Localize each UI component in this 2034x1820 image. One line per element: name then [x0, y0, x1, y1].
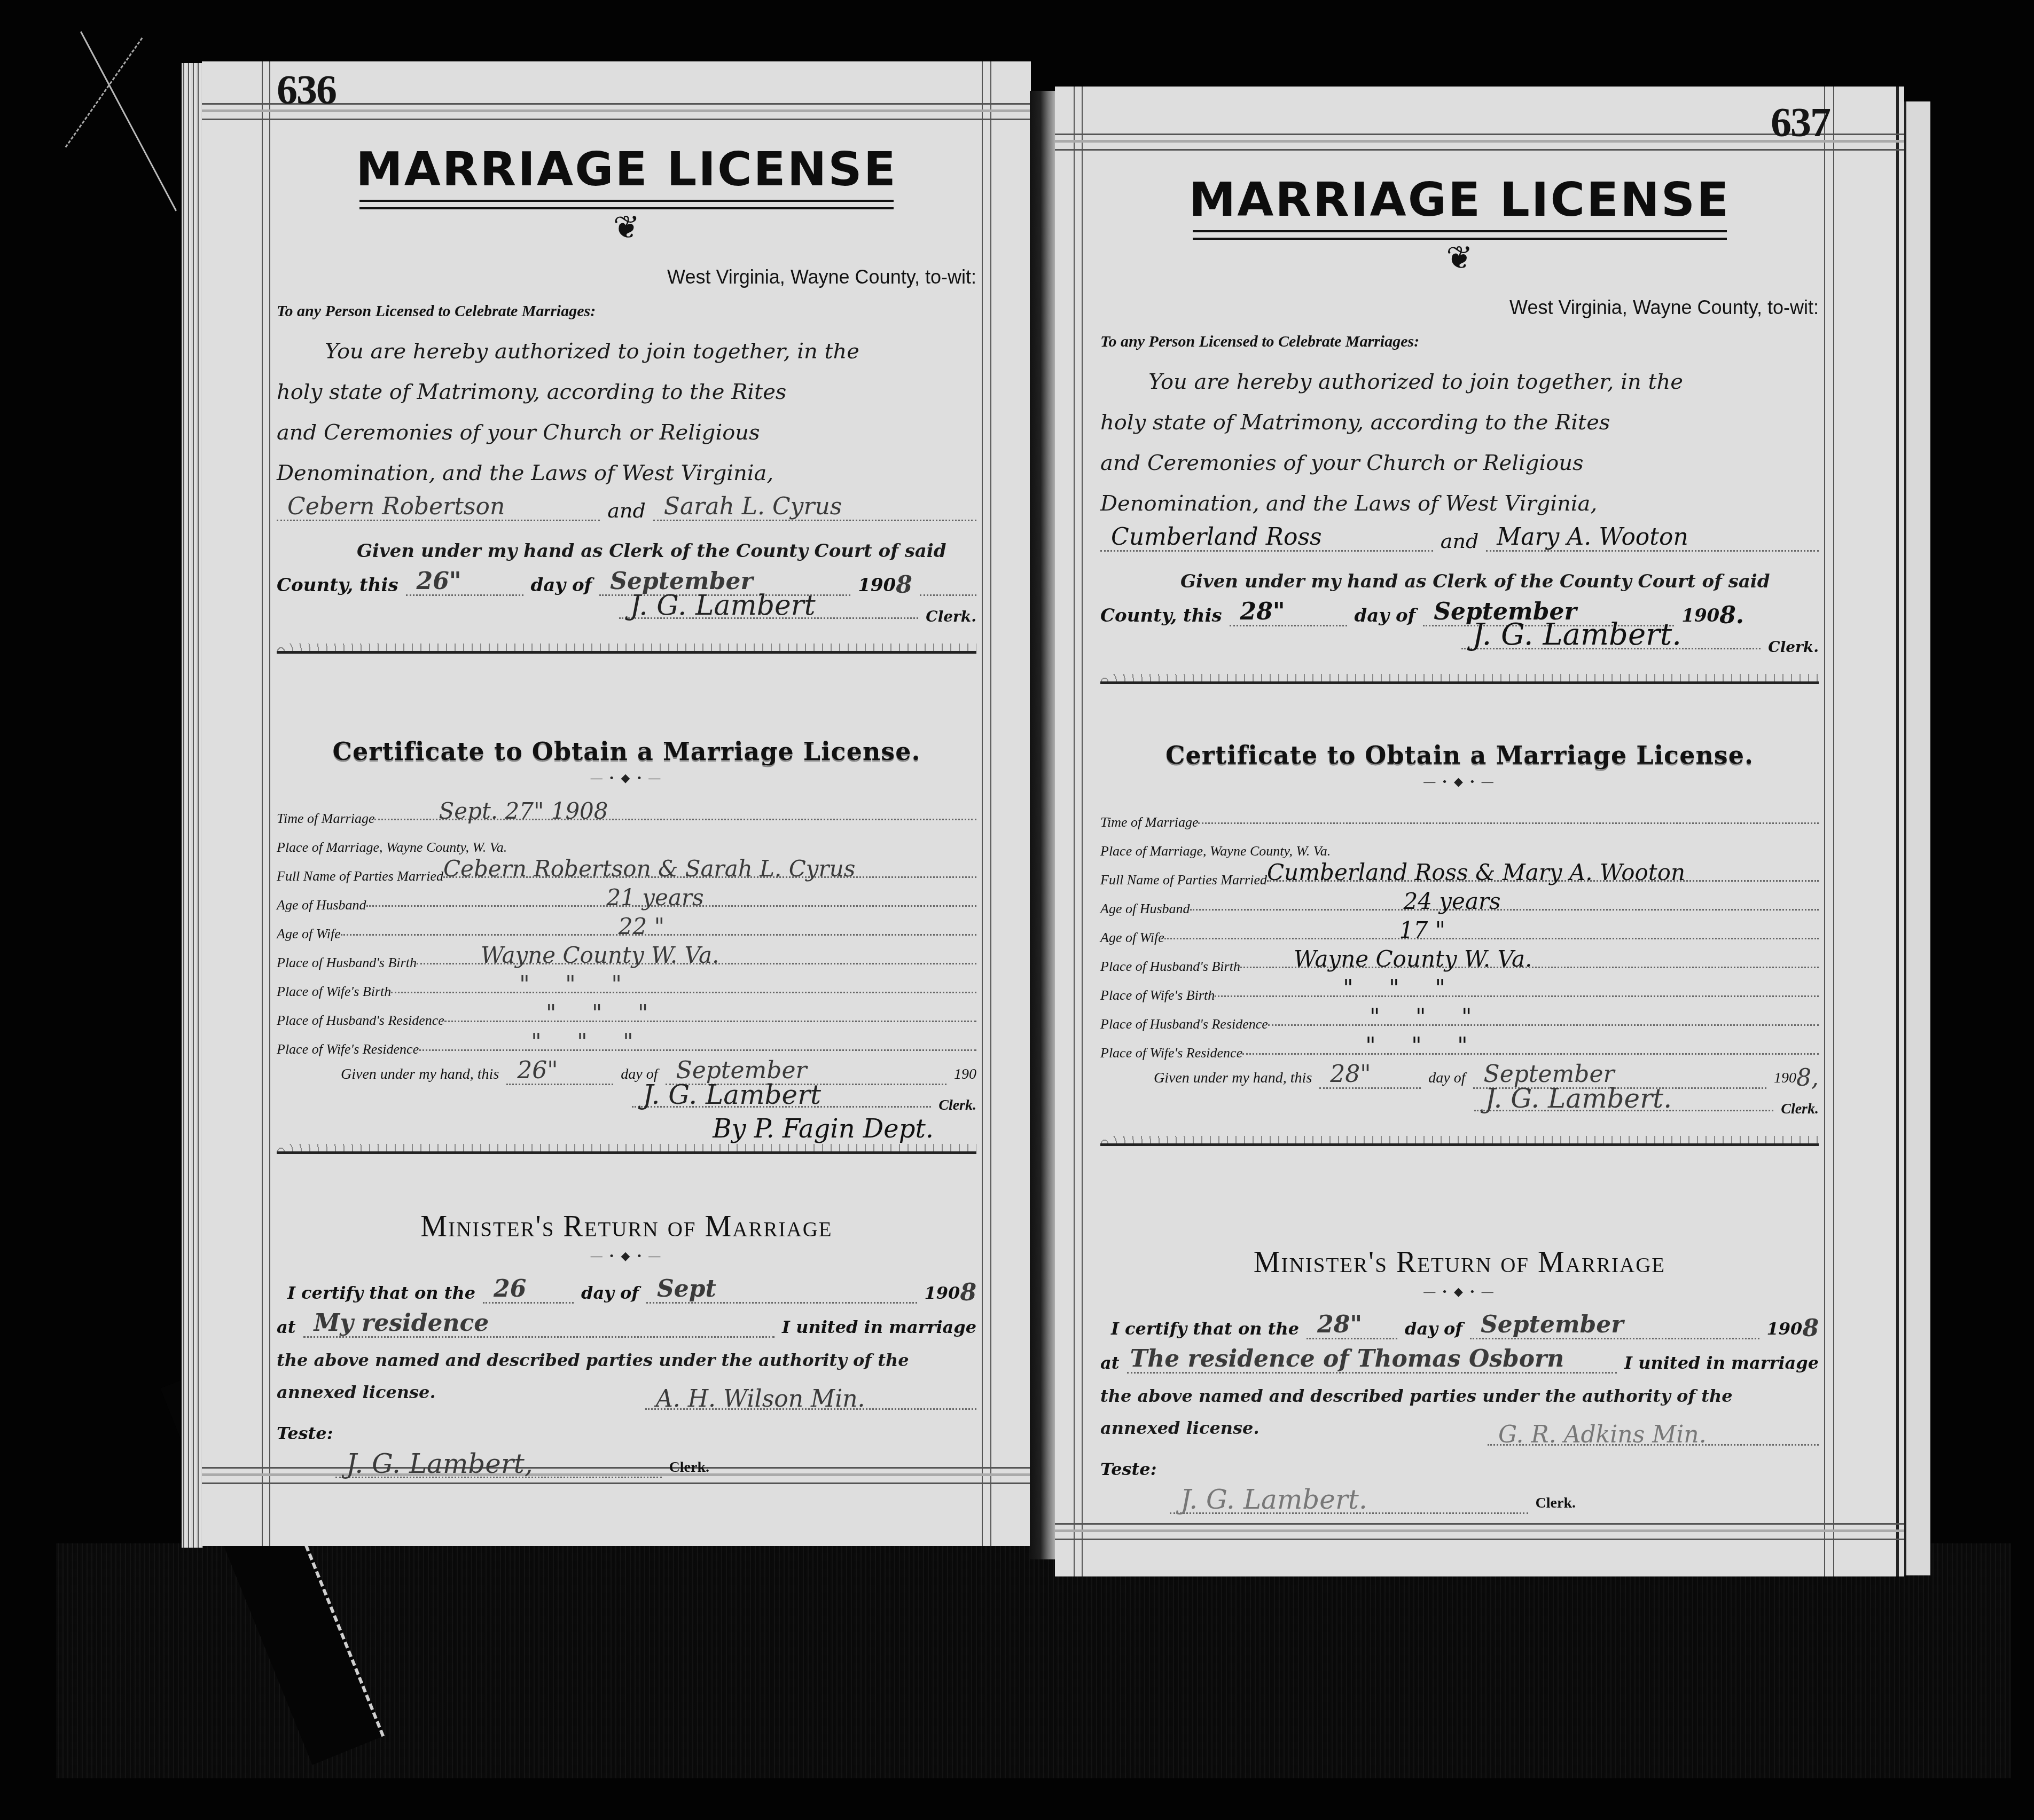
minister-return-section: Minister's Return of Marriage — • ◆ • — … — [277, 1210, 976, 1485]
certificate-title: Certificate to Obtain a Marriage License… — [1100, 741, 1819, 770]
certify-label: I certify that on the — [1111, 1312, 1299, 1346]
and-label: and — [1441, 524, 1478, 558]
field-value: Wayne County W. Va. — [1294, 946, 1532, 972]
clerk-signature: J. G. Lambert — [630, 590, 815, 622]
certificate-section: Certificate to Obtain a Marriage License… — [277, 737, 976, 1170]
field-value: " " " — [1343, 975, 1445, 1001]
bride-field: Mary A. Wooton — [1486, 550, 1819, 552]
field-line — [1198, 822, 1819, 824]
day-value: 26" — [517, 1054, 558, 1088]
title-underline — [359, 200, 894, 209]
clerk-label: Clerk. — [1536, 1486, 1576, 1520]
field-value: Cebern Robertson & Sarah L. Cyrus — [443, 856, 855, 882]
clerk-label: Clerk. — [1768, 638, 1819, 656]
certificate-date-line: Given under my hand, this 28" day of Sep… — [1100, 1061, 1819, 1095]
section-divider — [277, 644, 976, 654]
day-field: 28" — [1230, 625, 1347, 626]
field-line: " " " — [419, 1049, 976, 1051]
day-value: 26" — [417, 564, 461, 599]
clerk-signature-field: J. G. Lambert. — [1474, 1110, 1773, 1111]
field-value: " " " — [531, 1029, 633, 1055]
body-line: You are hereby authorized to join togeth… — [1100, 362, 1819, 402]
field-value: Sept. 27" 1908 — [439, 798, 608, 824]
field-line: 21 years — [366, 905, 976, 907]
month-value: September — [1481, 1308, 1623, 1342]
margin-rule — [982, 61, 983, 1546]
clerk-signature: J. G. Lambert. — [1472, 617, 1681, 652]
minister-signature: A. H. Wilson Min. — [656, 1385, 865, 1413]
addressee-line: To any Person Licensed to Celebrate Marr… — [277, 302, 976, 320]
year-prefix: 190 — [858, 568, 896, 602]
day-of-label: day of — [1355, 599, 1416, 633]
field-label: Age of Wife — [1100, 930, 1164, 946]
minister-signature: G. R. Adkins Min. — [1498, 1421, 1707, 1448]
return-place-line: at The residence of Thomas Osborn I unit… — [1100, 1346, 1819, 1380]
body-line: annexed license. — [1100, 1412, 1819, 1444]
clerk-signature-row: J. G. Lambert Clerk. — [277, 608, 976, 625]
teste-label: Teste: — [1100, 1452, 1156, 1486]
month-field: Sept — [646, 1302, 917, 1304]
clerk-label: Clerk. — [938, 1097, 976, 1114]
body-line: holy state of Matrimony, according to th… — [277, 372, 976, 412]
parties-line: Cumberland Ross and Mary A. Wooton — [1100, 524, 1819, 558]
field-line: " " " — [1268, 1024, 1819, 1026]
year-prefix: 190 — [1774, 1061, 1796, 1095]
given-line: Given under my hand as Clerk of the Coun… — [277, 534, 976, 568]
margin-rule — [262, 61, 263, 1546]
clerk-signature-row: J. G. Lambert. Clerk. — [1100, 1101, 1819, 1118]
day-value: 26 — [494, 1272, 526, 1306]
page-number: 636 — [277, 66, 336, 114]
divider-ornament-icon: — • ◆ • — — [277, 1249, 976, 1263]
license-title: MARRIAGE LICENSE — [1100, 172, 1819, 227]
return-place-line: at My residence I united in marriage — [277, 1310, 976, 1344]
section-divider — [1100, 674, 1819, 684]
field-label: Place of Wife's Residence — [277, 1041, 419, 1057]
field-label: Age of Husband — [277, 897, 366, 913]
margin-rule — [1833, 87, 1834, 1576]
return-body: the above named and described parties un… — [1100, 1380, 1819, 1444]
field-line: Cumberland Ross & Mary A. Wooton — [1267, 880, 1819, 882]
place-field: The residence of Thomas Osborn — [1127, 1372, 1617, 1374]
groom-name: Cebern Robertson — [287, 490, 505, 524]
day-field: 26" — [406, 594, 523, 596]
deputy-signature-row: By P. Fagin Dept. — [277, 1114, 976, 1144]
day-field: 26" — [506, 1084, 613, 1085]
field-value: " " " — [1365, 1032, 1467, 1058]
field-value: " " " — [1370, 1003, 1472, 1030]
field-label: Place of Wife's Birth — [1100, 987, 1215, 1003]
minister-return-title: Minister's Return of Marriage — [277, 1210, 976, 1244]
clerk-signature-row: J. G. Lambert Clerk. — [277, 1097, 976, 1114]
deputy-signature: By P. Fagin Dept. — [713, 1114, 934, 1144]
page-number: 637 — [1771, 98, 1830, 146]
state-county-line: West Virginia, Wayne County, to-wit: — [277, 266, 976, 288]
field-husband-residence: Place of Husband's Residence" " " — [1100, 1003, 1819, 1032]
at-label: at — [277, 1310, 296, 1344]
body-line: Denomination, and the Laws of West Virgi… — [1100, 483, 1819, 524]
teste-signature-field: J. G. Lambert. — [1170, 1512, 1528, 1514]
margin-rule — [1074, 87, 1075, 1576]
body-line: You are hereby authorized to join togeth… — [277, 331, 976, 372]
day-field: 28" — [1307, 1338, 1397, 1339]
year-suffix: 8. — [1719, 599, 1744, 633]
bride-field: Sarah L. Cyrus — [653, 520, 976, 521]
teste-signature-row: J. G. Lambert, Clerk. — [277, 1450, 709, 1485]
field-label: Place of Wife's Residence — [1100, 1045, 1242, 1061]
groom-name: Cumberland Ross — [1111, 520, 1322, 554]
field-age-wife: Age of Wife17 " — [1100, 917, 1819, 946]
body-line: and Ceremonies of your Church or Religio… — [1100, 443, 1819, 483]
field-husband-birthplace: Place of Husband's BirthWayne County W. … — [277, 942, 976, 971]
minister-return-title: Minister's Return of Marriage — [1100, 1245, 1819, 1280]
field-label: Place of Marriage, Wayne County, W. Va. — [277, 840, 507, 856]
groom-field: Cebern Robertson — [277, 520, 600, 521]
united-label: I united in marriage — [1624, 1346, 1819, 1380]
license-date-line: County, this 26" day of September 1908 — [277, 568, 976, 602]
license-body: You are hereby authorized to join togeth… — [277, 331, 976, 493]
license-title: MARRIAGE LICENSE — [277, 142, 976, 197]
day-of-label: day of — [581, 1276, 639, 1310]
field-label: Time of Marriage — [277, 811, 374, 827]
field-label: Full Name of Parties Married — [277, 868, 443, 884]
field-time-of-marriage: Time of MarriageSept. 27" 1908 — [277, 798, 976, 827]
day-field: 26 — [483, 1302, 574, 1304]
margin-rule — [990, 61, 991, 1546]
field-label: Place of Husband's Birth — [277, 955, 417, 971]
teste-label: Teste: — [277, 1416, 333, 1450]
minister-return-section: Minister's Return of Marriage — • ◆ • — … — [1100, 1245, 1819, 1520]
book-gutter — [1030, 91, 1057, 1559]
footer-rule — [1055, 1523, 1904, 1540]
given-label: Given under my hand, this — [341, 1057, 499, 1092]
field-wife-birthplace: Place of Wife's Birth" " " — [277, 971, 976, 1000]
place-field: My residence — [303, 1336, 775, 1338]
title-underline — [1193, 230, 1727, 240]
county-this-label: County, this — [1100, 599, 1222, 633]
field-wife-residence: Place of Wife's Residence" " " — [277, 1029, 976, 1057]
year-prefix: 190 — [954, 1057, 976, 1092]
field-line: Wayne County W. Va. — [1240, 967, 1819, 968]
clerk-label: Clerk. — [669, 1450, 709, 1485]
field-label: Place of Husband's Residence — [1100, 1016, 1268, 1032]
field-full-names: Full Name of Parties MarriedCebern Rober… — [277, 856, 976, 884]
margin-rule — [269, 61, 270, 1546]
field-line — [507, 848, 976, 849]
teste-clerk-signature: J. G. Lambert, — [346, 1447, 533, 1481]
field-line: 22 " — [341, 934, 976, 936]
field-time-of-marriage: Time of Marriage — [1100, 802, 1819, 830]
year-prefix: 190 — [1681, 599, 1719, 633]
day-of-label: day of — [1405, 1312, 1462, 1346]
year-prefix: 190 — [1767, 1312, 1803, 1346]
certify-label: I certify that on the — [287, 1276, 475, 1310]
teste-signature-field: J. G. Lambert, — [335, 1477, 662, 1478]
clerk-signature: J. G. Lambert. — [1485, 1083, 1672, 1114]
day-of-label: day of — [1428, 1061, 1465, 1095]
spacer — [1751, 625, 1819, 626]
field-label: Age of Husband — [1100, 901, 1190, 917]
parties-line: Cebern Robertson and Sarah L. Cyrus — [277, 493, 976, 528]
minister-signature-field: G. R. Adkins Min. — [1488, 1444, 1819, 1446]
field-full-names: Full Name of Parties MarriedCumberland R… — [1100, 859, 1819, 888]
body-line: and Ceremonies of your Church or Religio… — [277, 412, 976, 453]
field-label: Place of Husband's Residence — [277, 1013, 444, 1029]
body-line: annexed license. — [277, 1376, 976, 1408]
field-wife-residence: Place of Wife's Residence" " " — [1100, 1032, 1819, 1061]
county-this-label: County, this — [277, 568, 398, 602]
clerk-signature-field: J. G. Lambert. — [1461, 648, 1761, 649]
field-age-husband: Age of Husband24 years — [1100, 888, 1819, 917]
page-stack-edge-right — [1904, 101, 1930, 1575]
field-age-wife: Age of Wife22 " — [277, 913, 976, 942]
page-stack-edge-left — [182, 63, 203, 1548]
field-line — [1331, 851, 1819, 853]
year-suffix: 8, — [1796, 1061, 1819, 1095]
field-age-husband: Age of Husband21 years — [277, 884, 976, 913]
divider-ornament-icon: — • ◆ • — — [1100, 1285, 1819, 1299]
field-line: 17 " — [1164, 938, 1819, 939]
teste-signature-row: J. G. Lambert. Clerk. — [1100, 1486, 1576, 1520]
field-value: 17 " — [1399, 917, 1445, 943]
section-divider — [277, 1144, 976, 1154]
field-value: 24 years — [1404, 888, 1501, 914]
divider-ornament-icon: — • ◆ • — — [1100, 775, 1819, 789]
teste-clerk-signature: J. G. Lambert. — [1180, 1482, 1367, 1517]
clerk-signature-row: J. G. Lambert. Clerk. — [1100, 638, 1819, 656]
body-line: holy state of Matrimony, according to th… — [1100, 402, 1819, 443]
given-label: Given under my hand, this — [1154, 1061, 1312, 1095]
year-suffix: 8 — [1802, 1312, 1819, 1346]
license-date-line: County, this 28" day of September 1908. — [1100, 599, 1819, 633]
page-edge-rule — [1896, 87, 1899, 1576]
minister-signature-row: G. R. Adkins Min. — [1100, 1444, 1819, 1452]
teste-line: Teste: — [277, 1416, 976, 1450]
clerk-signature-field: J. G. Lambert — [619, 617, 918, 619]
field-place-of-marriage: Place of Marriage, Wayne County, W. Va. — [277, 827, 976, 856]
field-line: " " " — [391, 992, 976, 993]
and-label: and — [607, 493, 645, 528]
day-value: 28" — [1330, 1057, 1371, 1092]
clerk-label: Clerk. — [1781, 1101, 1819, 1118]
at-label: at — [1100, 1346, 1120, 1380]
day-value: 28" — [1317, 1308, 1362, 1342]
year-suffix: 8 — [896, 568, 912, 602]
field-label: Place of Marriage, Wayne County, W. Va. — [1100, 843, 1331, 859]
bride-name: Mary A. Wooton — [1497, 520, 1688, 554]
field-label: Place of Husband's Birth — [1100, 959, 1240, 975]
page-636: 636 MARRIAGE LICENSE ❦ West Virginia, Wa… — [202, 61, 1031, 1546]
body-line: Denomination, and the Laws of West Virgi… — [277, 453, 976, 493]
field-value: " " " — [546, 1000, 648, 1026]
field-line: Cebern Robertson & Sarah L. Cyrus — [443, 876, 976, 878]
field-label: Place of Wife's Birth — [277, 984, 391, 1000]
field-line: 24 years — [1190, 909, 1819, 911]
bride-name: Sarah L. Cyrus — [664, 490, 842, 524]
addressee-line: To any Person Licensed to Celebrate Marr… — [1100, 333, 1819, 351]
field-line: " " " — [1215, 995, 1819, 997]
year-prefix: 190 — [925, 1276, 960, 1310]
fleuron-ornament-icon: ❦ — [1100, 242, 1819, 274]
certificate-title: Certificate to Obtain a Marriage License… — [277, 737, 976, 766]
field-label: Full Name of Parties Married — [1100, 872, 1267, 888]
minister-signature-field: A. H. Wilson Min. — [645, 1408, 976, 1410]
clerk-label: Clerk. — [926, 608, 976, 625]
field-line: " " " — [444, 1021, 976, 1022]
section-divider — [1100, 1136, 1819, 1146]
minister-signature-row: A. H. Wilson Min. — [277, 1408, 976, 1416]
field-husband-residence: Place of Husband's Residence" " " — [277, 1000, 976, 1029]
field-line: Sept. 27" 1908 — [374, 819, 976, 820]
field-value: " " " — [519, 971, 621, 997]
certificate-section: Certificate to Obtain a Marriage License… — [1100, 741, 1819, 1162]
place-value: My residence — [314, 1306, 489, 1340]
field-wife-birthplace: Place of Wife's Birth" " " — [1100, 975, 1819, 1003]
place-value: The residence of Thomas Osborn — [1130, 1342, 1564, 1376]
return-body: the above named and described parties un… — [277, 1344, 976, 1408]
page-637: 637 MARRIAGE LICENSE ❦ West Virginia, Wa… — [1055, 87, 1904, 1576]
clerk-signature: J. G. Lambert — [643, 1079, 821, 1110]
body-line: the above named and described parties un… — [277, 1344, 976, 1376]
return-date-line: I certify that on the 26 day of Sept 190… — [277, 1276, 976, 1310]
day-field: 28" — [1319, 1087, 1421, 1089]
field-line: " " " — [1242, 1053, 1819, 1055]
day-value: 28" — [1240, 595, 1285, 629]
margin-rule — [1824, 87, 1825, 1576]
teste-line: Teste: — [1100, 1452, 1819, 1486]
certificate-date-line: Given under my hand, this 26" day of Sep… — [277, 1057, 976, 1092]
year-suffix: 8 — [960, 1276, 976, 1310]
marriage-license-section: MARRIAGE LICENSE ❦ West Virginia, Wayne … — [277, 142, 976, 670]
field-value: 22 " — [619, 913, 664, 939]
field-line: Wayne County W. Va. — [417, 963, 976, 964]
day-of-label: day of — [531, 568, 592, 602]
field-value: Wayne County W. Va. — [481, 942, 719, 968]
divider-ornament-icon: — • ◆ • — — [277, 771, 976, 785]
field-label: Age of Wife — [277, 926, 341, 942]
field-value: 21 years — [607, 884, 704, 911]
state-county-line: West Virginia, Wayne County, to-wit: — [1100, 296, 1819, 319]
field-place-of-marriage: Place of Marriage, Wayne County, W. Va. — [1100, 830, 1819, 859]
united-label: I united in marriage — [782, 1310, 976, 1344]
marriage-license-section: MARRIAGE LICENSE ❦ West Virginia, Wayne … — [1100, 172, 1819, 700]
field-husband-birthplace: Place of Husband's BirthWayne County W. … — [1100, 946, 1819, 975]
field-label: Time of Marriage — [1100, 814, 1198, 830]
month-value: Sept — [657, 1272, 716, 1306]
month-field: September — [1470, 1338, 1759, 1339]
spacer-dots — [920, 594, 976, 596]
margin-rule — [1082, 87, 1083, 1576]
field-value: Cumberland Ross & Mary A. Wooton — [1267, 859, 1685, 885]
fleuron-ornament-icon: ❦ — [277, 211, 976, 244]
return-date-line: I certify that on the 28" day of Septemb… — [1100, 1312, 1819, 1346]
given-line: Given under my hand as Clerk of the Coun… — [1100, 564, 1819, 599]
groom-field: Cumberland Ross — [1100, 550, 1433, 552]
license-body: You are hereby authorized to join togeth… — [1100, 362, 1819, 524]
clerk-signature-field: J. G. Lambert — [632, 1106, 931, 1108]
body-line: the above named and described parties un… — [1100, 1380, 1819, 1412]
